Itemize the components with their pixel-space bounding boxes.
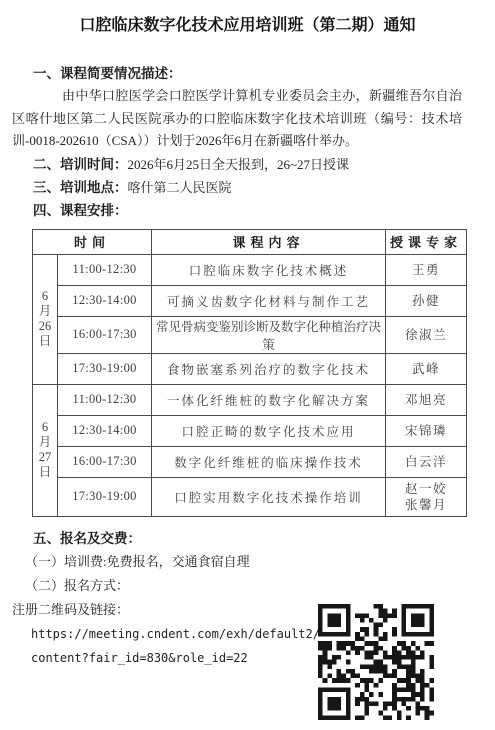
time-cell: 17:30-19:00 xyxy=(58,353,152,384)
expert-cell: 赵一姣 张馨月 xyxy=(386,477,467,516)
expert-cell: 孙健 xyxy=(386,285,467,316)
registration-method-item: （二）报名方式： xyxy=(25,574,462,598)
date-cell-june26: 6 月 26 日 xyxy=(33,254,58,384)
section2-line: 二、培训时间：2026年6月25日全天报到，26~27日授课 xyxy=(33,153,462,176)
time-cell: 12:30-14:00 xyxy=(58,415,152,446)
time-cell: 11:00-12:30 xyxy=(58,254,152,285)
course-content-cell: 口腔正畸的数字化技术应用 xyxy=(152,415,386,446)
section1-body: 由中华口腔医学会口腔医学计算机专业委员会主办，新疆维吾尔自治区喀什地区第二人民医… xyxy=(12,85,462,153)
section1-heading: 一、课程简要情况描述： xyxy=(33,62,462,85)
schedule-row: 16:00-17:30 数字化纤维桩的临床操作技术 白云洋 xyxy=(33,446,467,477)
schedule-table-container: 时间 课程内容 授课专家 6 月 26 日 11:00-12:30 口腔临床数字… xyxy=(32,229,462,517)
qr-code-image xyxy=(315,604,437,720)
time-cell: 12:30-14:00 xyxy=(58,285,152,316)
time-cell: 16:00-17:30 xyxy=(58,446,152,477)
schedule-row: 16:00-17:30 常见骨病变鉴别诊断及数字化种植治疗决策 徐淑兰 xyxy=(33,316,467,353)
expert-cell: 王勇 xyxy=(386,254,467,285)
schedule-table: 时间 课程内容 授课专家 6 月 26 日 11:00-12:30 口腔临床数字… xyxy=(32,229,467,517)
notice-document: 口腔临床数字化技术应用培训班（第二期）通知 一、课程简要情况描述： 由中华口腔医… xyxy=(0,0,495,730)
date-cell-june27: 6 月 27 日 xyxy=(33,384,58,516)
course-content-cell: 一体化纤维桩的数字化解决方案 xyxy=(152,384,386,415)
course-content-cell: 可摘义齿数字化材料与制作工艺 xyxy=(152,285,386,316)
section3-line: 三、培训地点：喀什第二人民医院 xyxy=(33,176,462,199)
expert-cell: 白云洋 xyxy=(386,446,467,477)
expert-cell: 宋锦璘 xyxy=(386,415,467,446)
page-title: 口腔临床数字化技术应用培训班（第二期）通知 xyxy=(12,14,483,38)
course-content-cell: 口腔临床数字化技术概述 xyxy=(152,254,386,285)
time-cell: 16:00-17:30 xyxy=(58,316,152,353)
time-cell: 17:30-19:00 xyxy=(58,477,152,516)
section4-heading: 四、课程安排： xyxy=(33,199,462,222)
column-header-content: 课程内容 xyxy=(152,229,386,254)
expert-cell: 武峰 xyxy=(386,353,467,384)
course-content-cell: 数字化纤维桩的临床操作技术 xyxy=(152,446,386,477)
time-cell: 11:00-12:30 xyxy=(58,384,152,415)
column-header-expert: 授课专家 xyxy=(386,229,467,254)
course-content-cell: 常见骨病变鉴别诊断及数字化种植治疗决策 xyxy=(152,316,386,353)
fee-item: （一）培训费:免费报名，交通食宿自理 xyxy=(25,550,462,574)
section3-label: 三、培训地点： xyxy=(33,180,128,195)
course-content-cell: 食物嵌塞系列治疗的数字化技术 xyxy=(152,353,386,384)
schedule-row: 6 月 26 日 11:00-12:30 口腔临床数字化技术概述 王勇 xyxy=(33,254,467,285)
section5-heading: 五、报名及交费： xyxy=(33,527,462,550)
schedule-row: 17:30-19:00 口腔实用数字化技术操作培训 赵一姣 张馨月 xyxy=(33,477,467,516)
course-content-cell: 口腔实用数字化技术操作培训 xyxy=(152,477,386,516)
schedule-row: 12:30-14:00 口腔正畸的数字化技术应用 宋锦璘 xyxy=(33,415,467,446)
schedule-row: 17:30-19:00 食物嵌塞系列治疗的数字化技术 武峰 xyxy=(33,353,467,384)
expert-cell: 徐淑兰 xyxy=(386,316,467,353)
schedule-header-row: 时间 课程内容 授课专家 xyxy=(33,229,467,254)
schedule-row: 12:30-14:00 可摘义齿数字化材料与制作工艺 孙健 xyxy=(33,285,467,316)
training-time-value: 2026年6月25日全天报到，26~27日授课 xyxy=(128,157,350,172)
training-location-value: 喀什第二人民医院 xyxy=(128,180,232,195)
column-header-time: 时间 xyxy=(33,229,152,254)
schedule-row: 6 月 27 日 11:00-12:30 一体化纤维桩的数字化解决方案 邓旭亮 xyxy=(33,384,467,415)
registration-qr-code xyxy=(315,604,437,720)
section2-label: 二、培训时间： xyxy=(33,157,128,172)
expert-cell: 邓旭亮 xyxy=(386,384,467,415)
